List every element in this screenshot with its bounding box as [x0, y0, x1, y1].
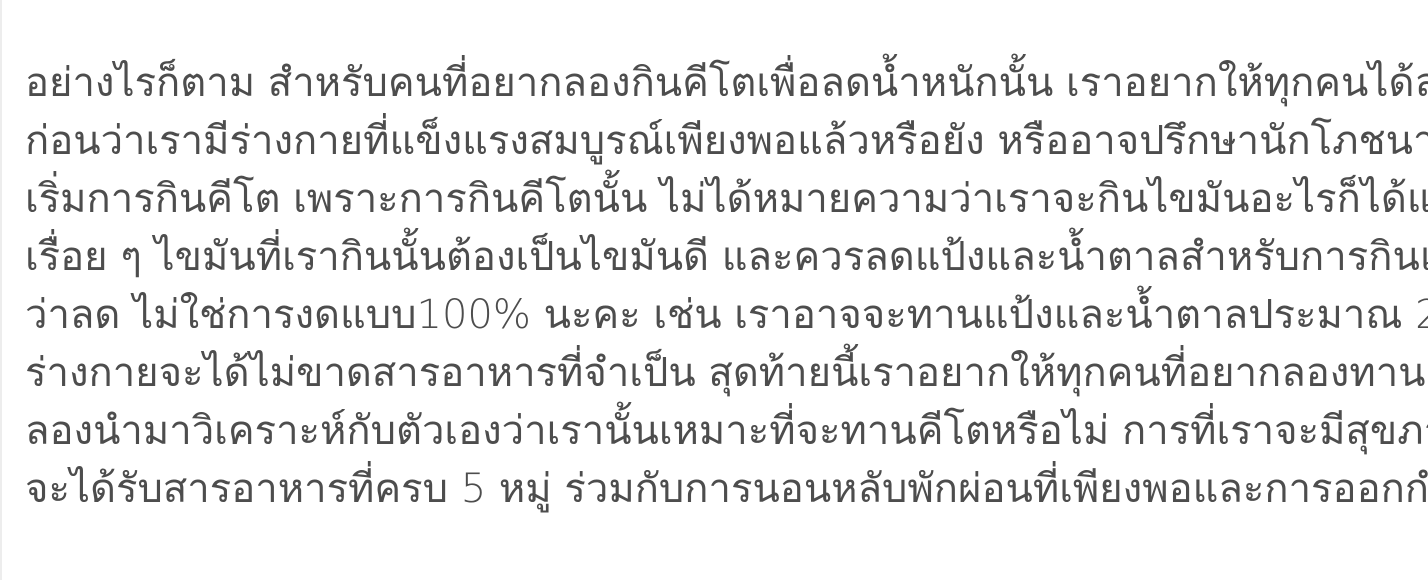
article-paragraph: อย่างไรก็ตาม สำหรับคนที่อยากลองกินคีโตเพ… [25, 54, 1424, 518]
paragraph-line: ว่าลด ไม่ใช่การงดแบบ100% นะคะ เช่น เราอา… [25, 286, 1424, 344]
paragraph-line: ร่างกายจะได้ไม่ขาดสารอาหารที่จำเป็น สุดท… [25, 344, 1424, 402]
paragraph-line: จะได้รับสารอาหารที่ครบ 5 หมู่ ร่วมกับการ… [25, 460, 1424, 518]
paragraph-line: อย่างไรก็ตาม สำหรับคนที่อยากลองกินคีโตเพ… [25, 54, 1424, 112]
paragraph-line: ก่อนว่าเรามีร่างกายที่แข็งแรงสมบูรณ์เพีย… [25, 112, 1424, 170]
left-edge-divider [0, 0, 2, 580]
paragraph-line: เรื่อย ๆ ไขมันที่เรากินนั้นต้องเป็นไขมัน… [25, 228, 1424, 286]
paragraph-line: ลองนำมาวิเคราะห์กับตัวเองว่าเรานั้นเหมาะ… [25, 402, 1424, 460]
paragraph-line: เริ่มการกินคีโต เพราะการกินคีโตนั้น ไม่ไ… [25, 170, 1424, 228]
